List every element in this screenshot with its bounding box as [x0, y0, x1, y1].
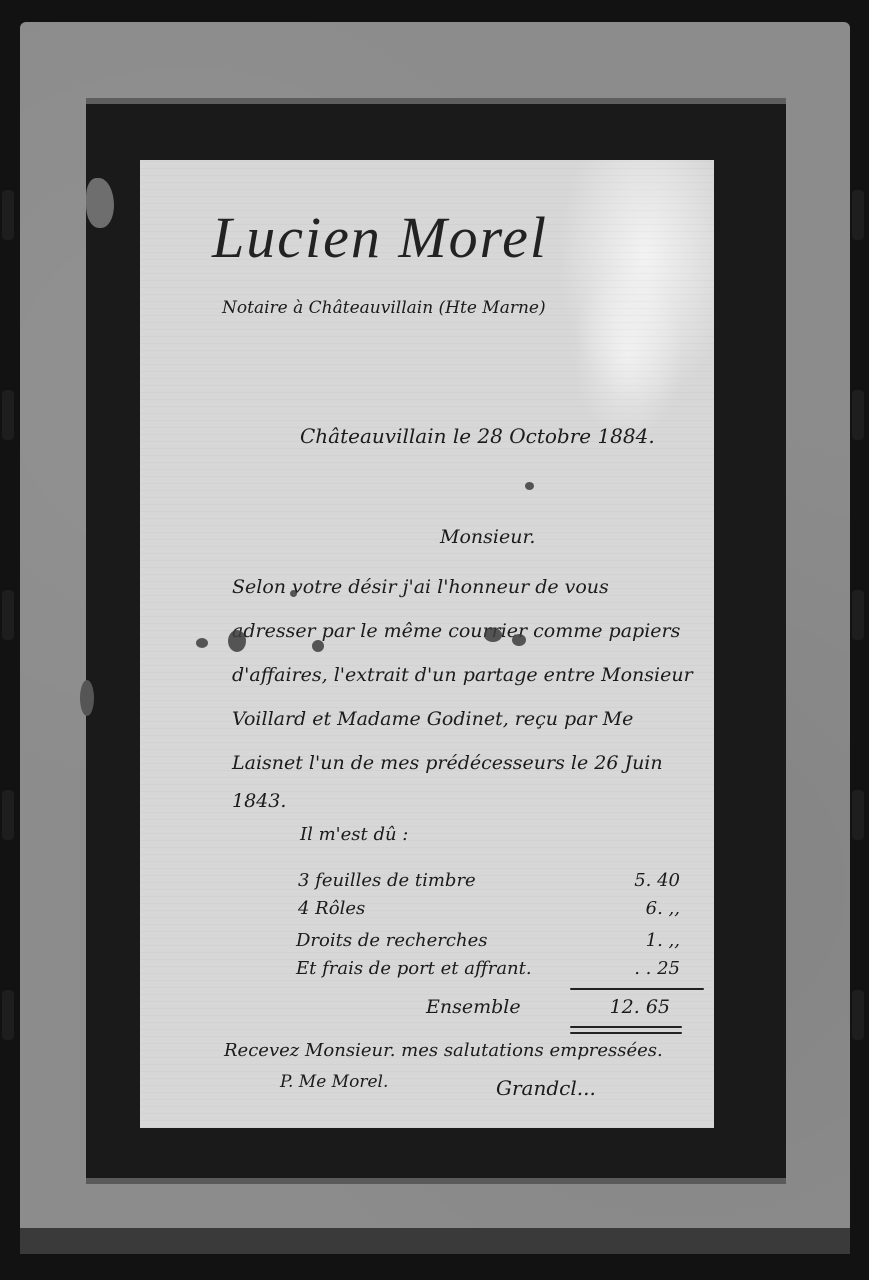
- subtotal-rule: [570, 988, 704, 990]
- fee-item-label: 4 Rôles: [298, 898, 365, 919]
- film-perforation: [852, 790, 864, 840]
- total-double-rule: [570, 1032, 682, 1034]
- film-frame-bottom-shadow: [20, 1228, 850, 1254]
- body-line: Laisnet l'un de mes prédécesseurs le 26 …: [232, 752, 663, 774]
- film-perforation: [852, 590, 864, 640]
- ink-stain: [512, 634, 526, 646]
- ink-stain: [228, 630, 246, 652]
- total-label: Ensemble: [426, 996, 521, 1018]
- film-perforation: [2, 390, 14, 440]
- signoff-left: P. Me Morel.: [280, 1072, 388, 1092]
- fee-item-label: 3 feuilles de timbre: [298, 870, 476, 891]
- film-perforation: [852, 990, 864, 1040]
- total-amount: 12. 65: [580, 996, 670, 1018]
- film-perforation: [852, 390, 864, 440]
- signature: Grandcl...: [496, 1076, 596, 1100]
- ink-stain: [290, 590, 297, 597]
- fee-item-amount: 5. 40: [590, 870, 680, 891]
- film-perforation: [2, 590, 14, 640]
- letterhead-subtitle: Notaire à Châteauvillain (Hte Marne): [222, 298, 546, 318]
- body-line: 1843.: [232, 790, 286, 812]
- salutation: Monsieur.: [440, 526, 535, 548]
- body-line: d'affaires, l'extrait d'un partage entre…: [232, 664, 693, 686]
- closing-line: Recevez Monsieur. mes salutations empres…: [224, 1040, 663, 1061]
- total-double-rule: [570, 1026, 682, 1028]
- ink-stain: [525, 482, 534, 490]
- ink-stain: [484, 628, 502, 642]
- film-perforation: [2, 790, 14, 840]
- letterhead-name: Lucien Morel: [212, 204, 548, 271]
- ink-stain: [196, 638, 208, 648]
- torn-paper-fragment: [86, 178, 114, 228]
- fee-item-amount: 6. ,,: [590, 898, 680, 919]
- fee-item-amount: 1. ,,: [590, 930, 680, 951]
- torn-paper-fragment: [80, 680, 94, 716]
- body-line: Voillard et Madame Godinet, reçu par Me: [232, 708, 633, 730]
- fees-heading: Il m'est dû :: [300, 824, 408, 845]
- fee-item-label: Et frais de port et affrant.: [296, 958, 532, 979]
- body-line: adresser par le même courrier comme papi…: [232, 620, 680, 642]
- fee-item-label: Droits de recherches: [296, 930, 487, 951]
- film-perforation: [852, 190, 864, 240]
- date-line: Châteauvillain le 28 Octobre 1884.: [300, 424, 655, 448]
- body-line: Selon votre désir j'ai l'honneur de vous: [232, 576, 609, 598]
- film-perforation: [2, 990, 14, 1040]
- ink-stain: [312, 640, 324, 652]
- letter-page: Lucien Morel Notaire à Châteauvillain (H…: [140, 160, 714, 1128]
- film-edge-right: [850, 0, 869, 1280]
- fee-item-amount: . . 25: [590, 958, 680, 979]
- film-perforation: [2, 190, 14, 240]
- film-edge-left: [0, 0, 20, 1280]
